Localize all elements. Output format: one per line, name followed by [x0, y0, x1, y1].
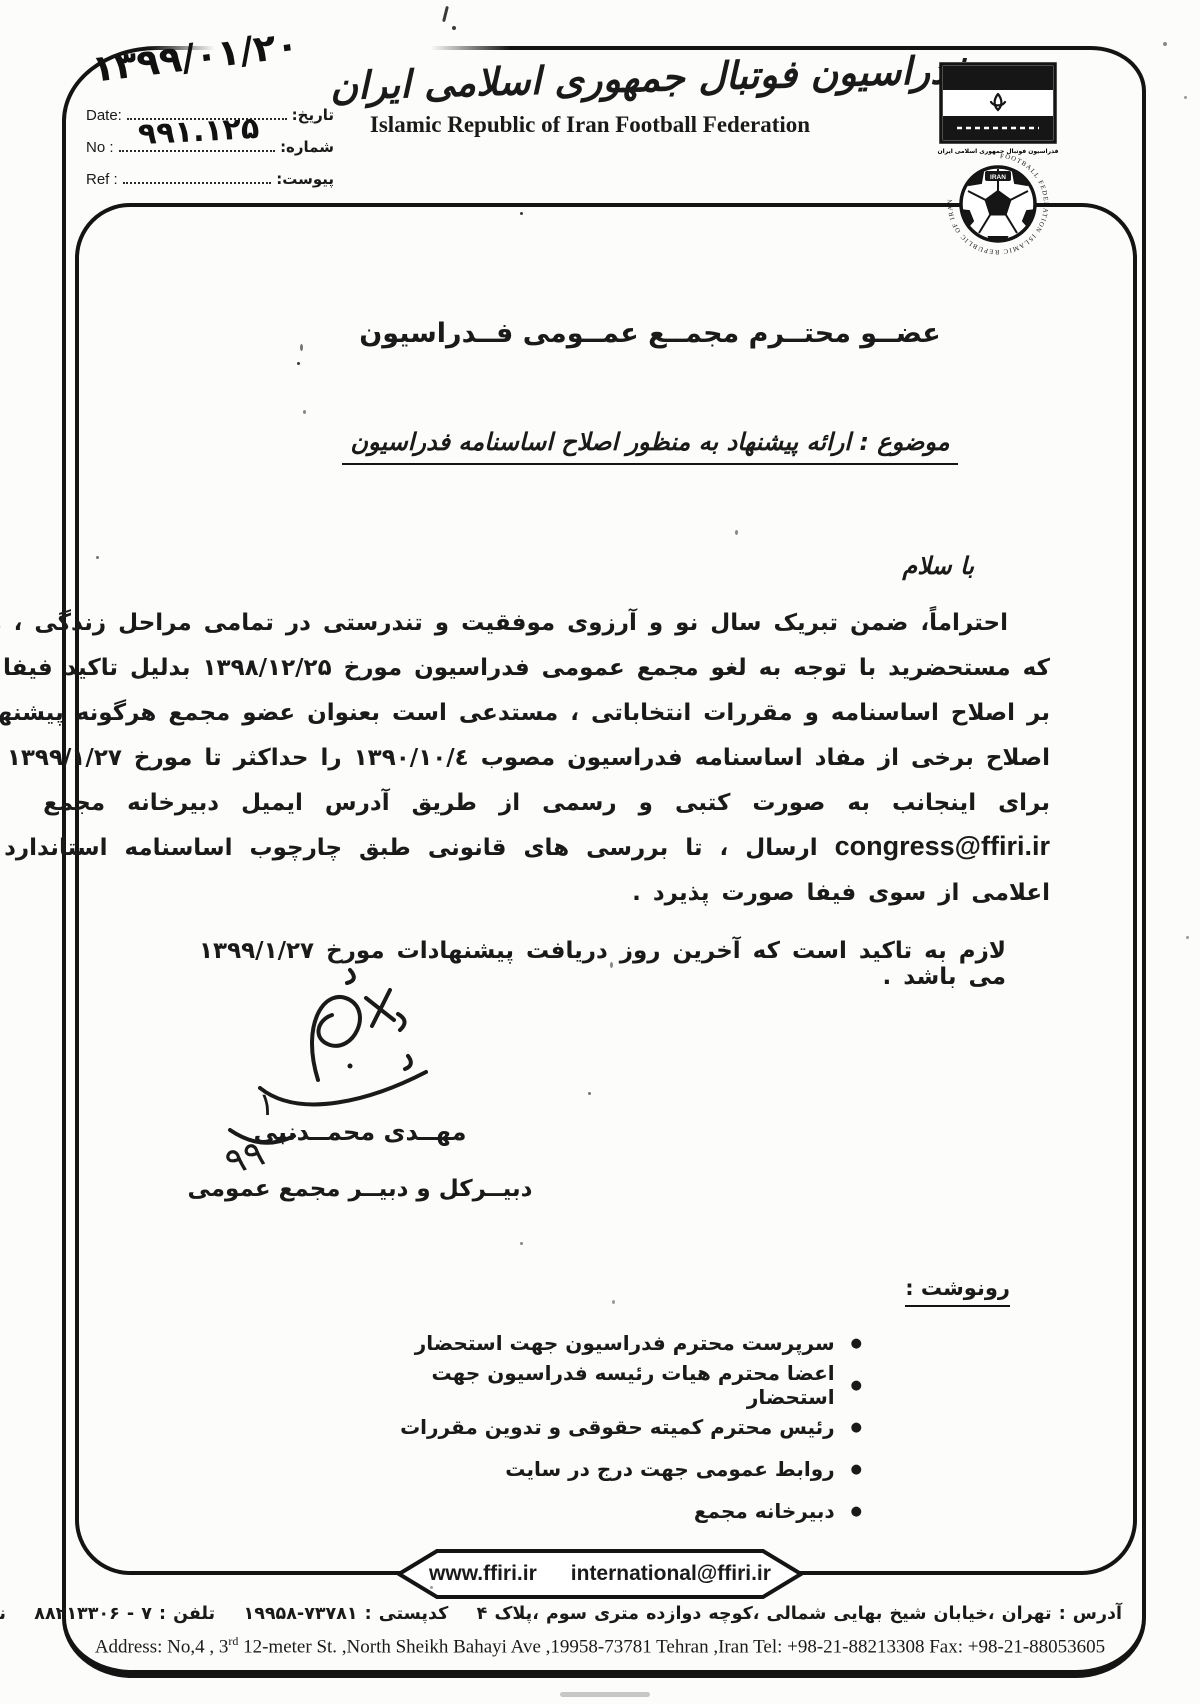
body-line-text: ارسال ، تا بررسی های قانونی طبق چارچوب ا…	[4, 835, 818, 861]
cc-item: ● روابط عمومی جهت درج در سایت	[400, 1448, 862, 1490]
body-line: که مستحضرید با توجه به لغو مجمع عمومی فد…	[170, 646, 1050, 691]
address-english: Address: No,4 , 3rd 12-meter St. ,North …	[78, 1634, 1122, 1658]
website-url: www.ffiri.ir	[429, 1562, 537, 1586]
date-label-en: Date:	[86, 107, 122, 124]
letterhead-center: فدراسیون فوتبال جمهوری اسلامی ایران Isla…	[330, 56, 850, 138]
body-line: اصلاح برخی از مفاد اساسنامه فدراسیون مصو…	[170, 736, 1050, 781]
signer-title: دبیــرکل و دبیــر مجمع عمومی	[150, 1176, 570, 1202]
logo-flag-caption: فدراسیون فوتبال جمهوری اسلامی ایران	[938, 148, 1059, 155]
salutation: با سلام	[170, 552, 1050, 580]
ref-label-fa: پیوست:	[276, 170, 334, 188]
handwritten-letter-number: ۹۹۱.۱۲۵	[137, 111, 260, 152]
body-line-with-email: congress@ffiri.ir ارسال ، تا بررسی های ق…	[170, 826, 1050, 871]
ref-label-en: Ref :	[86, 171, 118, 188]
cc-list: ● سرپرست محترم فدراسیون جهت استحضار ● اع…	[400, 1322, 862, 1532]
congress-email-text: congress@ffiri.ir	[835, 831, 1050, 861]
ref-dotted-line	[123, 182, 272, 184]
org-title-english: Islamic Republic of Iran Football Federa…	[330, 112, 850, 138]
cc-item-text: روابط عمومی جهت درج در سایت	[505, 1457, 834, 1481]
logo-ball-label: IRAN	[990, 174, 1006, 181]
date-label-fa: تاریخ:	[292, 106, 334, 124]
cc-item-text: سرپرست محترم فدراسیون جهت استحضار	[415, 1331, 835, 1355]
number-label-en: No :	[86, 139, 114, 156]
bullet-icon: ●	[851, 1463, 862, 1476]
bullet-icon: ●	[851, 1379, 862, 1392]
body-line: برای اینجانب به صورت کتبی و رسمی از طریق…	[170, 781, 1050, 826]
bullet-icon: ●	[851, 1505, 862, 1518]
body-line: اعلامی از سوی فیفا صورت پذیرد .	[170, 871, 1050, 916]
cc-item-text: اعضا محترم هیات رئیسه فدراسیون جهت استحض…	[400, 1361, 835, 1409]
letter-body: احتراماً، ضمن تبریک سال نو و آرزوی موفقی…	[170, 601, 1050, 916]
bullet-icon: ●	[851, 1337, 862, 1350]
soccer-ball-icon: IRAN	[955, 167, 1041, 246]
cc-item-text: رئیس محترم کمیته حقوقی و تدوین مقررات	[400, 1415, 835, 1439]
bullet-icon: ●	[851, 1421, 862, 1434]
federation-logo: فدراسیون فوتبال جمهوری اسلامی ایران FOOT…	[920, 52, 1076, 257]
subject-line: موضوع : ارائه پیشنهاد به منظور اصلاح اسا…	[250, 428, 1050, 456]
cc-heading: رونوشت :	[870, 1276, 1010, 1300]
scanned-letter-page: Date: تاریخ: No : شماره: Ref : پیوست: ۱۳…	[0, 0, 1200, 1704]
handwritten-signature: ۱ ۹۹	[200, 960, 500, 1210]
cc-item: ● دبیرخانه مجمع	[400, 1490, 862, 1532]
iran-flag-icon	[941, 64, 1055, 142]
address-en-prefix: Address: No,4 , 3	[95, 1636, 229, 1657]
website-banner: www.ffiri.ir international@ffiri.ir	[393, 1546, 807, 1602]
cc-item: ● اعضا محترم هیات رئیسه فدراسیون جهت است…	[400, 1364, 862, 1406]
subject-text: موضوع : ارائه پیشنهاد به منظور اصلاح اسا…	[342, 428, 957, 465]
address-en-suffix: 12-meter St. ,North Sheikh Bahayi Ave ,1…	[238, 1636, 1105, 1657]
body-line: احتراماً، ضمن تبریک سال نو و آرزوی موفقی…	[170, 601, 1050, 646]
address-farsi: آدرس : تهران ،خیابان شیخ بهایی شمالی ،کو…	[78, 1604, 1122, 1624]
number-label-fa: شماره:	[280, 138, 334, 156]
ref-row: Ref : پیوست:	[86, 156, 334, 188]
cc-heading-text: رونوشت :	[905, 1276, 1010, 1307]
signer-name: مهــدی محمــدنبی	[180, 1118, 540, 1146]
address-en-ordinal: rd	[228, 1634, 238, 1648]
cc-item: ● رئیس محترم کمیته حقوقی و تدوین مقررات	[400, 1406, 862, 1448]
recipient-heading: عضــو محتــرم مجمــع عمــومی فــدراسیون	[250, 318, 1050, 349]
cc-item: ● سرپرست محترم فدراسیون جهت استحضار	[400, 1322, 862, 1364]
international-email: international@ffiri.ir	[571, 1562, 771, 1586]
cc-item-text: دبیرخانه مجمع	[694, 1499, 835, 1523]
body-line: بر اصلاح اساسنامه و مقررات انتخاباتی ، م…	[170, 691, 1050, 736]
